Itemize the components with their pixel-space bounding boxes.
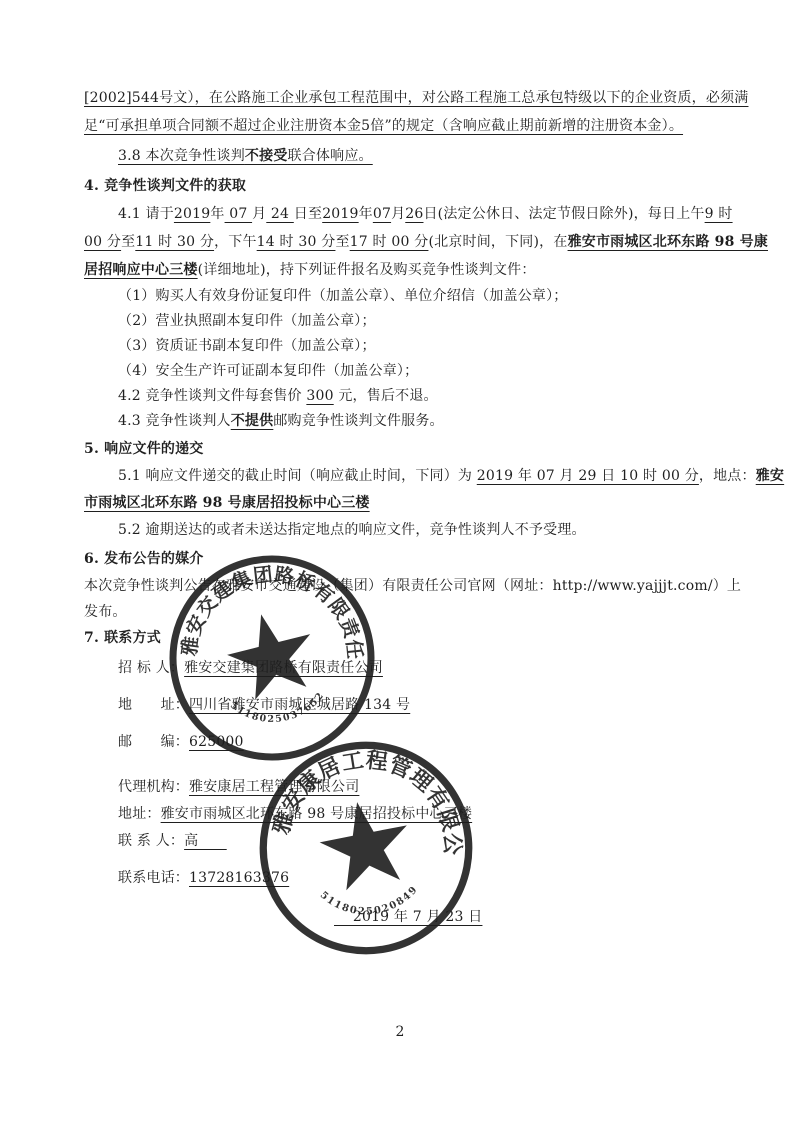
contact-tenderer: 招 标 人：雅安交建集团路桥有限责任公司 bbox=[118, 655, 760, 682]
text-run: 地 址： bbox=[118, 697, 189, 713]
text-run: (详细地址)，持下列证件报名及购买竞争性谈判文件： bbox=[198, 262, 536, 278]
list-item-4: （4）安全生产许可证副本复印件（加盖公章）； bbox=[118, 359, 760, 384]
clause-3-8: 3.8 本次竞争性谈判不接受联合体响应。 bbox=[118, 142, 760, 170]
clause-5-2: 5.2 逾期送达的或者未送达指定地点的响应文件，竞争性谈判人不予受理。 bbox=[118, 517, 760, 544]
text-run: 4. 竞争性谈判文件的获取 bbox=[84, 178, 246, 194]
section-4-heading: 4. 竞争性谈判文件的获取 bbox=[84, 172, 760, 200]
text-run: 4.2 竞争性谈判文件每套售价 bbox=[118, 388, 306, 404]
clause-5-1-line-1: 5.1 响应文件递交的截止时间（响应截止时间，下同）为 2019 年 07 月 … bbox=[118, 463, 760, 490]
text-run: 不接受 bbox=[245, 148, 288, 164]
text-run: 代理机构： bbox=[118, 779, 189, 795]
clause-5-1-line-2: 市雨城区北环东路 98 号康居招投标中心三楼 bbox=[84, 490, 760, 517]
section-6-heading: 6. 发布公告的媒介 bbox=[84, 546, 760, 573]
text-run: 2019 年 7 月 23 日 bbox=[334, 909, 482, 925]
text-run: 年 bbox=[210, 206, 224, 222]
text-run: 07 bbox=[225, 206, 253, 222]
text-run: 不提供 bbox=[231, 413, 274, 429]
text-run: (北京时间，下同)，在 bbox=[428, 234, 567, 250]
text-run: 邮购竞争性谈判文件服务。 bbox=[273, 413, 443, 429]
clause-4-3: 4.3 竞争性谈判人不提供邮购竞争性谈判文件服务。 bbox=[118, 409, 760, 434]
text-run: 日至 bbox=[294, 206, 322, 222]
text-run: 元，售后不退。 bbox=[334, 388, 438, 404]
text-run: ，地点： bbox=[699, 468, 756, 484]
contact-agency: 代理机构：雅安康居工程管理有限公司 bbox=[118, 774, 760, 801]
text-run: 月 bbox=[391, 206, 405, 222]
media-line-2: 发布。 bbox=[84, 599, 760, 625]
text-run: 625000 bbox=[189, 734, 244, 750]
text-run: 11 时 30 分 bbox=[135, 234, 214, 250]
text-run: 3.8 本次竞争性谈判 bbox=[118, 148, 245, 164]
contact-postcode: 邮 编：625000 bbox=[118, 729, 760, 756]
clause-4-1-line-1: 4.1 请于2019年 07 月 24 日至2019年07月26日(法定公休日、… bbox=[118, 200, 760, 228]
contact-phone: 联系电话：13728163376 bbox=[118, 865, 760, 892]
text-run: 雅安 bbox=[756, 468, 784, 484]
text-run: 26 bbox=[405, 206, 423, 222]
text-run: 四川省雅安市雨城区城居路 134 号 bbox=[189, 697, 410, 713]
page-number: 2 bbox=[0, 1024, 800, 1040]
issue-date: 2019 年 7 月 23 日 bbox=[334, 904, 760, 931]
text-run: 雅安市雨城区北环东路 98 号康居招投标中心三楼 bbox=[161, 806, 473, 822]
clause-4-2: 4.2 竞争性谈判文件每套售价 300 元，售后不退。 bbox=[118, 384, 760, 409]
clause-3-7-continuation-line-1: [2002]544号文），在公路施工企业承包工程范围中，对公路工程施工总承包特级… bbox=[84, 84, 760, 112]
text-run: 00 分 bbox=[84, 234, 121, 250]
text-run: 6. 发布公告的媒介 bbox=[84, 551, 204, 567]
text-run: 联系电话： bbox=[118, 870, 189, 886]
text-run: （1）购买人有效身份证复印件（加盖公章）、单位介绍信（加盖公章）； bbox=[118, 288, 568, 304]
text-run: 300 bbox=[306, 388, 333, 404]
text-run: 联 系 人： bbox=[118, 833, 184, 849]
list-item-2: （2）营业执照副本复印件（加盖公章）； bbox=[118, 309, 760, 334]
text-run: 足“可承担单项合同额不超过企业注册资本金5倍”的规定（含响应截止期前新增的注册资… bbox=[84, 118, 683, 134]
contact-person: 联 系 人：高 bbox=[118, 828, 760, 855]
text-run: 5. 响应文件的递交 bbox=[84, 441, 204, 457]
section-5-heading: 5. 响应文件的递交 bbox=[84, 436, 760, 463]
document-body: [2002]544号文），在公路施工企业承包工程范围中，对公路工程施工总承包特级… bbox=[84, 84, 760, 931]
text-run: 2019 年 07 月 29 日 10 时 00 分 bbox=[477, 468, 699, 484]
text-run: 发布。 bbox=[84, 604, 127, 620]
text-run: 地址： bbox=[118, 806, 161, 822]
text-run: 4.3 竞争性谈判人 bbox=[118, 413, 231, 429]
text-run: 年 bbox=[359, 206, 373, 222]
text-run: 招 标 人： bbox=[118, 660, 184, 676]
text-run: 24 bbox=[266, 206, 294, 222]
text-run: 雅安市雨城区北环东路 98 号康 bbox=[568, 234, 768, 250]
text-run: 月 bbox=[252, 206, 266, 222]
text-run: 2019 bbox=[174, 206, 210, 222]
section-7-heading: 7. 联系方式 bbox=[84, 625, 760, 651]
document-page: [2002]544号文），在公路施工企业承包工程范围中，对公路工程施工总承包特级… bbox=[0, 0, 800, 1132]
clause-3-7-continuation-line-2: 足“可承担单项合同额不超过企业注册资本金5倍”的规定（含响应截止期前新增的注册资… bbox=[84, 112, 760, 140]
text-run: 07 bbox=[373, 206, 391, 222]
text-run: 邮 编： bbox=[118, 734, 189, 750]
text-run: （2）营业执照副本复印件（加盖公章）； bbox=[118, 313, 376, 329]
text-run: 9 时 bbox=[705, 206, 733, 222]
text-run: 雅安康居工程管理有限公司 bbox=[189, 779, 359, 795]
text-run: 居招响应中心三楼 bbox=[84, 262, 198, 278]
text-run: 联合体响应。 bbox=[288, 148, 373, 164]
text-run: 高 bbox=[184, 833, 227, 849]
text-run: 5.2 逾期送达的或者未送达指定地点的响应文件，竞争性谈判人不予受理。 bbox=[118, 522, 586, 538]
text-run: 17 时 00 分 bbox=[350, 234, 429, 250]
text-run: 14 时 30 分 bbox=[257, 234, 336, 250]
text-run: [2002]544号文），在公路施工企业承包工程范围中，对公路工程施工总承包特级… bbox=[84, 90, 748, 106]
text-run: 5.1 响应文件递交的截止时间（响应截止时间，下同）为 bbox=[118, 468, 477, 484]
text-run: 本次竞争性谈判公告在雅安市交通建设（集团）有限责任公司官网（网址：http://… bbox=[84, 578, 741, 594]
text-run: 市雨城区北环东路 98 号康居招投标中心三楼 bbox=[84, 495, 370, 511]
text-run: 7. 联系方式 bbox=[84, 630, 161, 646]
list-item-3: （3）资质证书副本复印件（加盖公章）； bbox=[118, 334, 760, 359]
text-run: 至 bbox=[335, 234, 349, 250]
text-run: 13728163376 bbox=[189, 870, 289, 886]
contact-address: 地 址：四川省雅安市雨城区城居路 134 号 bbox=[118, 692, 760, 719]
clause-4-1-line-3: 居招响应中心三楼(详细地址)，持下列证件报名及购买竞争性谈判文件： bbox=[84, 256, 760, 284]
text-run: 至 bbox=[121, 234, 135, 250]
text-run: ，下午 bbox=[214, 234, 257, 250]
list-item-1: （1）购买人有效身份证复印件（加盖公章）、单位介绍信（加盖公章）； bbox=[118, 284, 760, 309]
text-run: （4）安全生产许可证副本复印件（加盖公章）； bbox=[118, 363, 418, 379]
contact-agency-address: 地址：雅安市雨城区北环东路 98 号康居招投标中心三楼 bbox=[118, 801, 760, 828]
text-run: 2019 bbox=[322, 206, 358, 222]
text-run: （3）资质证书副本复印件（加盖公章）； bbox=[118, 338, 376, 354]
media-line-1: 本次竞争性谈判公告在雅安市交通建设（集团）有限责任公司官网（网址：http://… bbox=[84, 573, 760, 599]
clause-4-1-line-2: 00 分至11 时 30 分，下午14 时 30 分至17 时 00 分(北京时… bbox=[84, 228, 760, 256]
text-run: 4.1 请于 bbox=[118, 206, 174, 222]
text-run: 日(法定公休日、法定节假日除外)，每日上午 bbox=[423, 206, 704, 222]
text-run: 雅安交建集团路桥有限责任公司 bbox=[184, 660, 383, 676]
